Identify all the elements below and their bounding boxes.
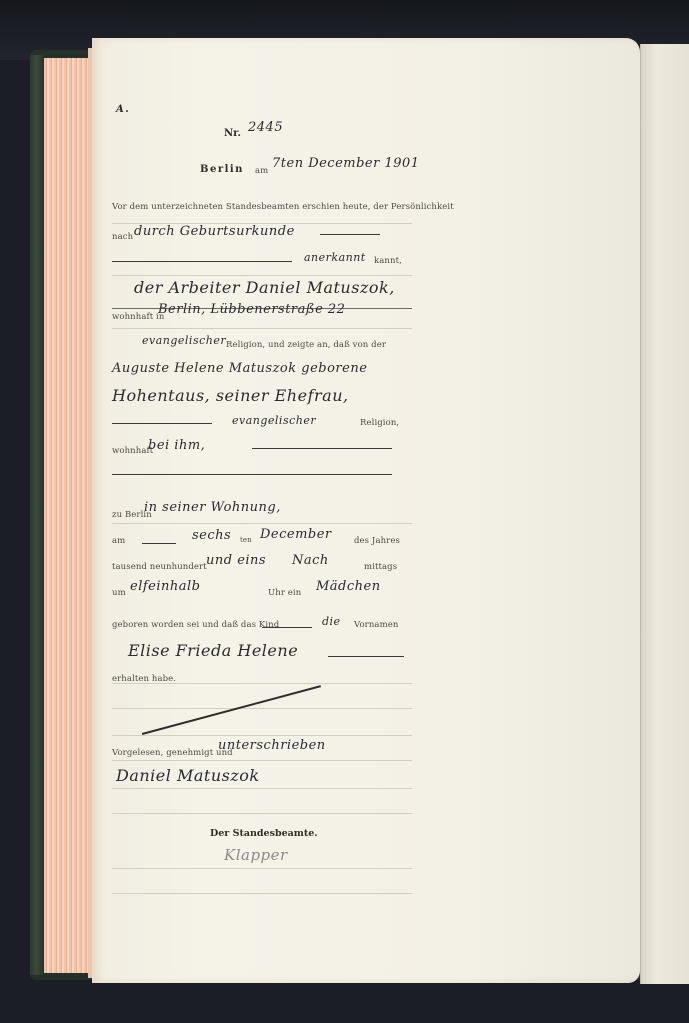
year-value: und eins [206, 553, 266, 568]
ruled-line [112, 868, 412, 869]
religion-label-2: Religion, [360, 418, 399, 428]
born-line: geboren worden sei und daß das Kind [112, 620, 279, 630]
number-label: Nr. [224, 128, 241, 139]
ruled-line [112, 708, 412, 709]
ruled-line [112, 760, 412, 761]
names-prefix: die [322, 615, 341, 628]
registrar-signature: Klapper [224, 846, 288, 864]
hour-prefix: um [112, 588, 126, 598]
identity-suffix-print: kannt, [374, 256, 402, 266]
residence-label: wohnhaft in [112, 312, 164, 322]
names-label: Vornamen [354, 620, 398, 630]
ruled-line [112, 788, 412, 789]
month-value: December [260, 527, 332, 542]
received-label: erhalten habe. [112, 674, 176, 684]
birthplace-value: in seiner Wohnung, [144, 500, 281, 515]
residence2-value: bei ihm, [148, 438, 205, 453]
fill-line [112, 474, 392, 475]
place-label: Berlin [200, 164, 244, 175]
ruled-line [112, 328, 412, 329]
ruled-line [112, 523, 412, 524]
mother-line-1: Auguste Helene Matuszok geborene [112, 361, 367, 376]
date-prefix: am [255, 166, 268, 176]
fill-line [112, 261, 292, 262]
hour-value: elfeinhalb [130, 579, 201, 594]
month-prefix: ten [240, 536, 252, 544]
page-edges [44, 58, 94, 973]
fill-line [142, 543, 176, 544]
ruled-line [112, 735, 412, 736]
ruled-line [112, 813, 412, 814]
religion-value-2: evangelischer [232, 414, 316, 427]
entry-number: 2445 [248, 120, 283, 135]
day-value: sechs [192, 528, 231, 543]
declarant-name: der Arbeiter Daniel Matuszok, [134, 278, 395, 297]
ruled-line [112, 275, 412, 276]
sex-value: Mädchen [316, 579, 381, 594]
approval-label: Vorgelesen, genehmigt und [112, 748, 233, 758]
fill-line [328, 656, 404, 657]
religion-value-1: evangelischer [142, 334, 226, 347]
residence-value: Berlin, Lübbenerstraße 22 [158, 302, 345, 317]
year-label: des Jahres [354, 536, 400, 546]
day-label: am [112, 536, 125, 546]
year-print: tausend neunhundert [112, 562, 207, 572]
hour-label: Uhr ein [268, 588, 301, 598]
fill-line [252, 448, 392, 449]
time-value: Nach [292, 553, 329, 568]
identity-prefix: nach [112, 232, 133, 242]
registrar-title: Der Standesbeamte. [210, 828, 318, 839]
identity-suffix-hand: anerkannt [304, 251, 366, 264]
child-names: Elise Frieda Helene [128, 641, 298, 660]
mother-line-2: Hohentaus, seiner Ehefrau, [112, 386, 349, 405]
religion-line-1: Religion, und zeigte an, daß von der [226, 340, 386, 350]
ruled-line [112, 893, 412, 894]
cancel-stroke [142, 685, 321, 734]
next-page-edge [640, 44, 689, 984]
intro-line: Vor dem unterzeichneten Standesbeamten e… [112, 202, 454, 212]
register-letter: A. [116, 104, 130, 115]
register-page: A. Nr. 2445 Berlin am 7ten December 1901… [92, 38, 640, 983]
fill-line [320, 234, 380, 235]
entry-date: 7ten December 1901 [272, 156, 420, 171]
approval-value: unterschrieben [218, 738, 326, 753]
fill-line [112, 423, 212, 424]
identity-value: durch Geburtsurkunde [134, 224, 295, 239]
declarant-signature: Daniel Matuszok [116, 766, 260, 785]
time-label: mittags [364, 562, 397, 572]
fill-line [262, 627, 312, 628]
